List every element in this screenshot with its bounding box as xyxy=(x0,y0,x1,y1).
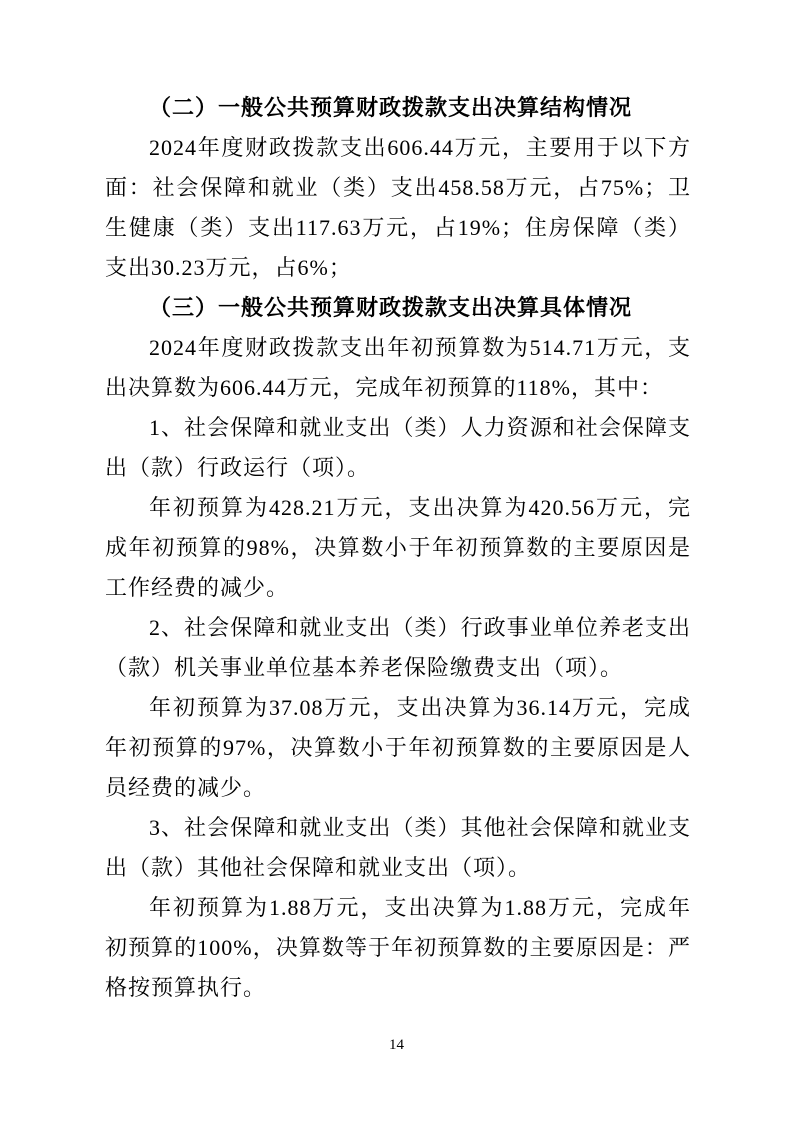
paragraph-item-2-title: 2、社会保障和就业支出（类）行政事业单位养老支出（款）机关事业单位基本养老保险缴… xyxy=(105,608,691,688)
section-heading-expenditure-detail: （三）一般公共预算财政拨款支出决算具体情况 xyxy=(105,288,691,328)
paragraph-expenditure-structure: 2024年度财政拨款支出606.44万元，主要用于以下方面：社会保障和就业（类）… xyxy=(105,128,691,288)
document-page: （二）一般公共预算财政拨款支出决算结构情况 2024年度财政拨款支出606.44… xyxy=(0,0,793,1122)
paragraph-item-1-title: 1、社会保障和就业支出（类）人力资源和社会保障支出（款）行政运行（项）。 xyxy=(105,408,691,488)
page-number: 14 xyxy=(0,1035,793,1055)
section-heading-expenditure-structure: （二）一般公共预算财政拨款支出决算结构情况 xyxy=(105,88,691,128)
document-body: （二）一般公共预算财政拨款支出决算结构情况 2024年度财政拨款支出606.44… xyxy=(105,88,691,1008)
paragraph-item-3-detail: 年初预算为1.88万元，支出决算为1.88万元，完成年初预算的100%，决算数等… xyxy=(105,888,691,1008)
paragraph-budget-summary: 2024年度财政拨款支出年初预算数为514.71万元，支出决算数为606.44万… xyxy=(105,328,691,408)
paragraph-item-2-detail: 年初预算为37.08万元，支出决算为36.14万元，完成年初预算的97%，决算数… xyxy=(105,688,691,808)
paragraph-item-1-detail: 年初预算为428.21万元，支出决算为420.56万元，完成年初预算的98%，决… xyxy=(105,488,691,608)
paragraph-item-3-title: 3、社会保障和就业支出（类）其他社会保障和就业支出（款）其他社会保障和就业支出（… xyxy=(105,808,691,888)
